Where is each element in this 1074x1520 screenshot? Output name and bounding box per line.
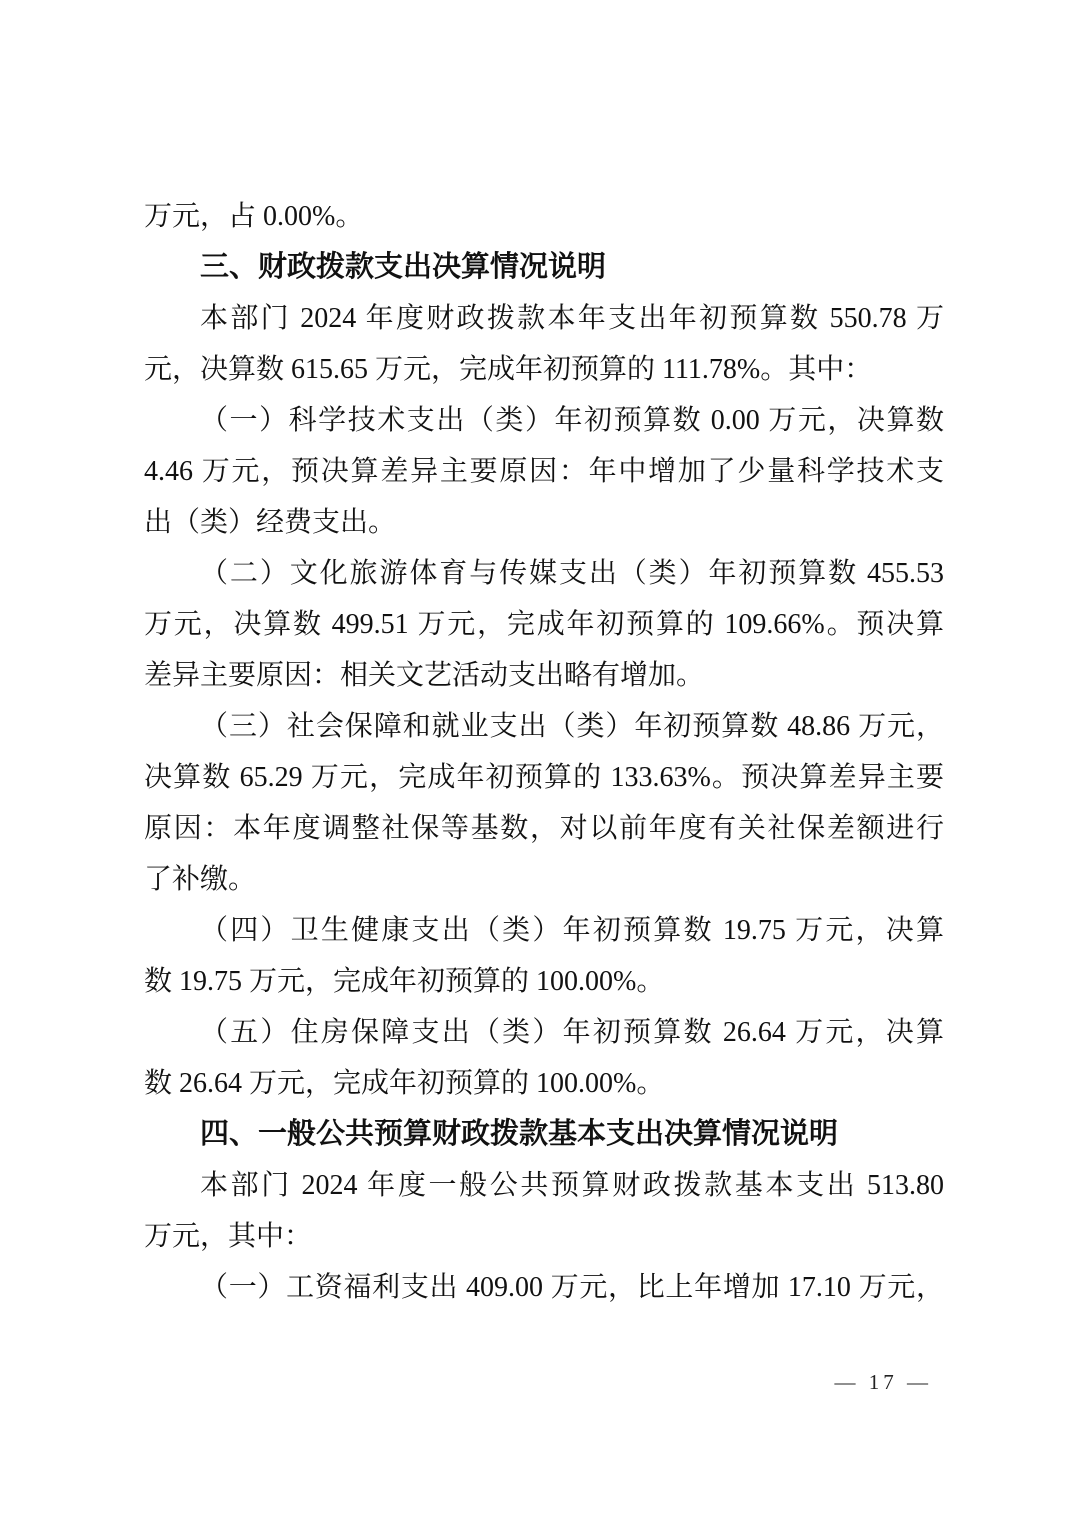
text-line: 本部门 2024 年度一般公共预算财政拨款基本支出 513.80 — [144, 1160, 944, 1211]
text-line-item-2: （二）文化旅游体育与传媒支出（类）年初预算数 455.53 — [144, 548, 944, 599]
text-line-carryover: 万元，占 0.00%。 — [144, 191, 944, 242]
text-line-item-salary: （一）工资福利支出 409.00 万元，比上年增加 17.10 万元， — [144, 1262, 944, 1313]
text-line: 4.46 万元，预决算差异主要原因：年中增加了少量科学技术支 — [144, 446, 944, 497]
text-line: 万元，决算数 499.51 万元，完成年初预算的 109.66%。预决算 — [144, 599, 944, 650]
text-line-item-1: （一）科学技术支出（类）年初预算数 0.00 万元，决算数 — [144, 395, 944, 446]
text-line: 决算数 65.29 万元，完成年初预算的 133.63%。预决算差异主要 — [144, 752, 944, 803]
text-line: 万元，其中： — [144, 1211, 944, 1262]
text-line: 本部门 2024 年度财政拨款本年支出年初预算数 550.78 万 — [144, 293, 944, 344]
text-line: 出（类）经费支出。 — [144, 497, 944, 548]
text-line: 原因：本年度调整社保等基数，对以前年度有关社保差额进行 — [144, 803, 944, 854]
page-number-footer: — 17 — — [835, 1366, 933, 1398]
section-heading-three: 三、财政拨款支出决算情况说明 — [144, 242, 944, 293]
text-line: 元，决算数 615.65 万元，完成年初预算的 111.78%。其中： — [144, 344, 944, 395]
text-line-item-4: （四）卫生健康支出（类）年初预算数 19.75 万元，决算 — [144, 905, 944, 956]
text-line-item-5: （五）住房保障支出（类）年初预算数 26.64 万元，决算 — [144, 1007, 944, 1058]
text-line: 数 26.64 万元，完成年初预算的 100.00%。 — [144, 1058, 944, 1109]
section-heading-four: 四、一般公共预算财政拨款基本支出决算情况说明 — [144, 1109, 944, 1160]
text-line: 差异主要原因：相关文艺活动支出略有增加。 — [144, 650, 944, 701]
text-line-item-3: （三）社会保障和就业支出（类）年初预算数 48.86 万元， — [144, 701, 944, 752]
text-line: 数 19.75 万元，完成年初预算的 100.00%。 — [144, 956, 944, 1007]
text-line: 了补缴。 — [144, 854, 944, 905]
document-page: 万元，占 0.00%。 三、财政拨款支出决算情况说明 本部门 2024 年度财政… — [0, 0, 1074, 1520]
document-body: 万元，占 0.00%。 三、财政拨款支出决算情况说明 本部门 2024 年度财政… — [144, 191, 944, 1313]
